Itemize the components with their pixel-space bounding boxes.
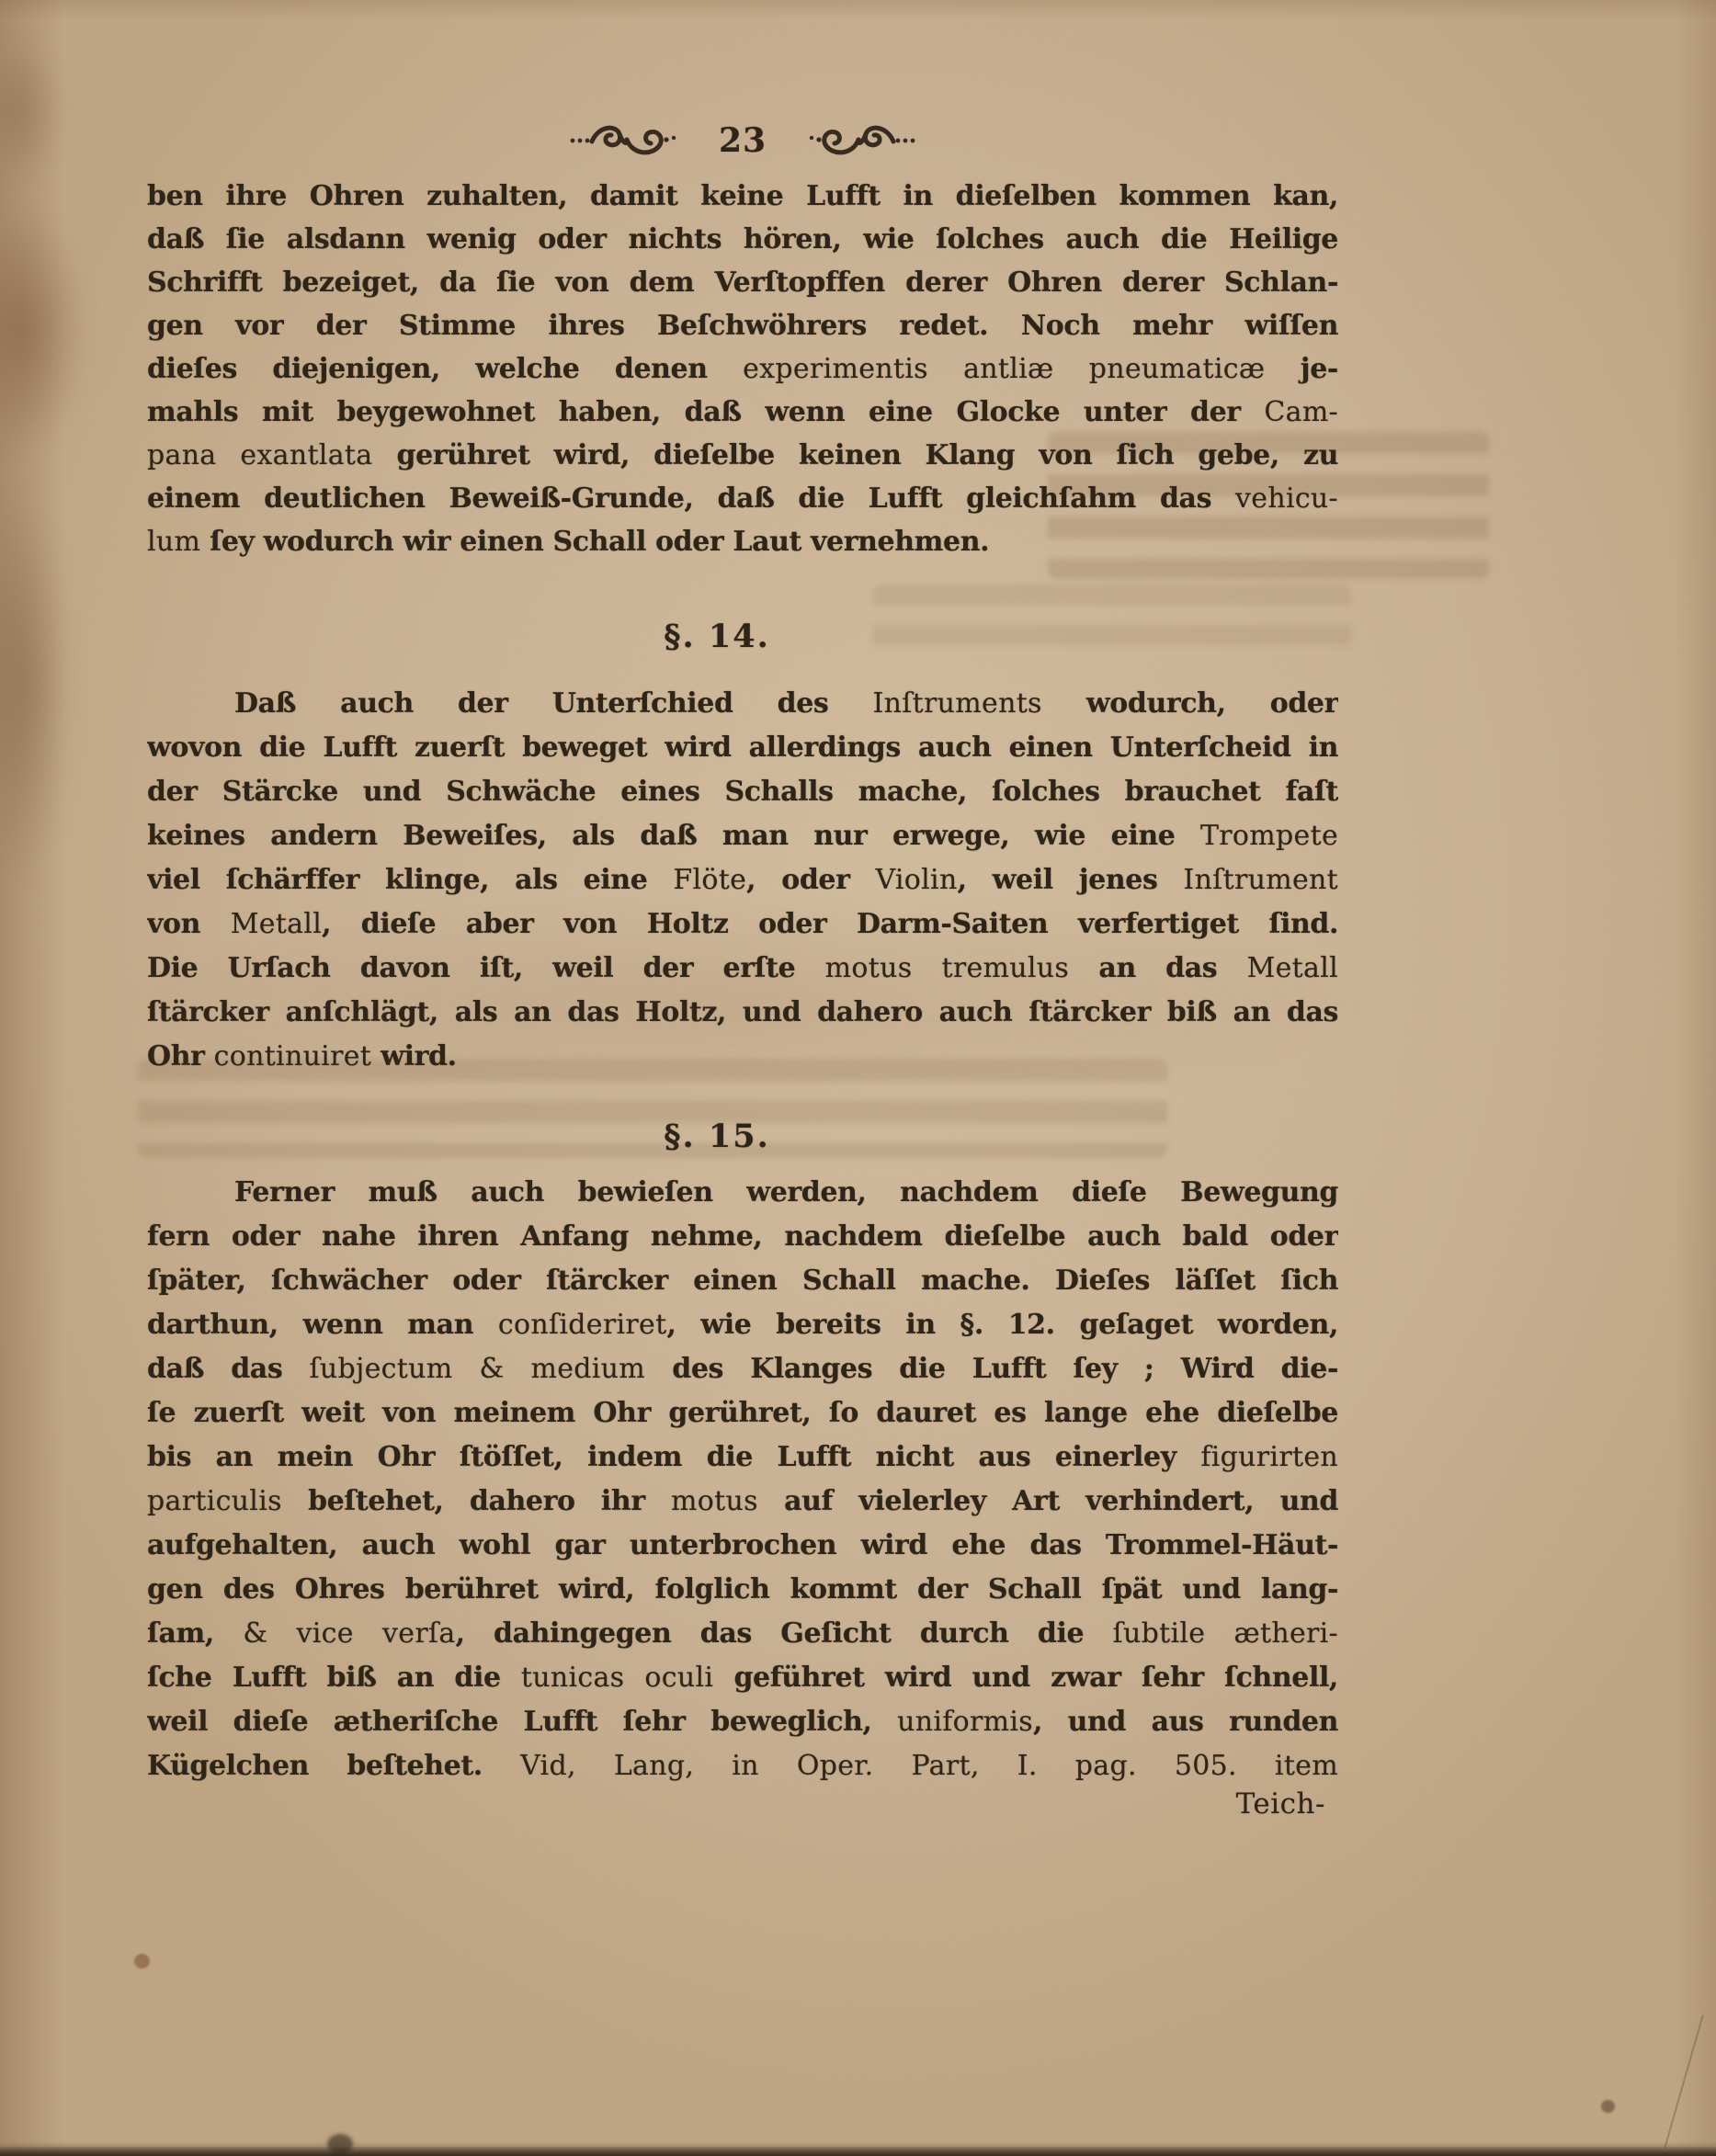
fraktur-text-segment: Ohr <box>147 1040 214 1072</box>
roman-text-segment: Flöte <box>673 864 746 896</box>
fraktur-text-segment: , dieſe aber von Holtz oder Darm-Saiten … <box>322 908 1338 940</box>
fraktur-text-segment: , weil jenes <box>958 864 1184 896</box>
fraktur-text-segment: Daß auch der Unterſchied des <box>234 687 872 720</box>
roman-text-segment: & vice verſa <box>243 1617 455 1650</box>
roman-text-segment: Inſtrument <box>1183 864 1338 896</box>
roman-text-segment: motus tremulus <box>825 952 1070 984</box>
section-heading-15: §. 15. <box>121 1118 1313 1155</box>
fraktur-text-segment: je- <box>1265 353 1338 385</box>
paper-stain <box>0 37 64 184</box>
fraktur-text-segment: ſche Lufft biß an die <box>147 1662 521 1694</box>
roman-text-segment: ſubtile ætheri- <box>1113 1617 1338 1650</box>
text-line: mahls mit beygewohnet haben, daß wenn ei… <box>147 391 1338 434</box>
text-line: ſche Lufft biß an die tunicas oculi gefü… <box>147 1656 1338 1700</box>
text-line: Daß auch der Unterſchied des Inſtruments… <box>147 682 1338 726</box>
fraktur-text-segment: ſam, <box>147 1617 243 1650</box>
fleuron-left-icon <box>568 119 680 162</box>
roman-text-segment: particulis <box>147 1485 282 1517</box>
fraktur-text-segment: des Klanges die Lufft ſey ; Wird die- <box>645 1353 1338 1385</box>
running-head: 23 <box>147 116 1338 165</box>
fraktur-text-segment: ſey wodurch wir einen Schall oder Laut v… <box>200 526 989 558</box>
paper-stain <box>0 207 87 455</box>
text-line: gen des Ohres berühret wird, folglich ko… <box>147 1568 1338 1612</box>
roman-text-segment: Metall <box>231 908 322 940</box>
text-line: pana exantlata gerühret wird, dieſelbe k… <box>147 434 1338 477</box>
text-line: ſam, & vice verſa, dahingegen das Geſich… <box>147 1612 1338 1656</box>
text-line: lum ſey wodurch wir einen Schall oder La… <box>147 520 1338 563</box>
roman-text-segment: experimentis antliæ pneumaticæ <box>743 353 1265 385</box>
text-line: keines andern Beweiſes, als daß man nur … <box>147 814 1338 858</box>
text-line: viel ſchärffer klinge, als eine Flöte, o… <box>147 858 1338 902</box>
text-line: Ferner muß auch bewieſen werden, nachdem… <box>147 1171 1338 1215</box>
roman-text-segment: continuiret <box>214 1040 372 1072</box>
roman-text-segment: uniformis <box>897 1706 1033 1738</box>
fraktur-text-segment: an das <box>1069 952 1246 984</box>
text-line: ben ihre Ohren zuhalten, damit keine Luf… <box>147 175 1338 218</box>
fraktur-text-segment: , oder <box>746 864 875 896</box>
fraktur-text-segment: wird. <box>371 1040 457 1072</box>
fraktur-text-segment: gerühret wird, dieſelbe keinen Klang von… <box>372 439 1338 471</box>
fraktur-text-segment: fern oder nahe ihren Anfang nehme, nachd… <box>147 1220 1338 1253</box>
roman-text-segment: tunicas oculi <box>521 1662 713 1694</box>
paper-spot <box>134 1954 150 1969</box>
roman-text-segment: motus <box>671 1485 758 1517</box>
text-line: weil dieſe ætheriſche Lufft ſehr bewegli… <box>147 1700 1338 1744</box>
fraktur-text-segment: dieſes diejenigen, welche denen <box>147 353 743 385</box>
paragraph-13-continuation: ben ihre Ohren zuhalten, damit keine Luf… <box>147 175 1338 563</box>
text-line: ſpäter, ſchwächer oder ſtärcker einen Sc… <box>147 1259 1338 1303</box>
text-line: Die Urſach davon iſt, weil der erſte mot… <box>147 947 1338 991</box>
fraktur-text-segment: von <box>147 908 231 940</box>
fraktur-text-segment: bis an mein Ohr ſtöſſet, indem die Lufft… <box>147 1441 1200 1473</box>
fraktur-text-segment: Schrifft bezeiget, da ſie von dem Verſto… <box>147 267 1338 299</box>
fraktur-text-segment: mahls mit beygewohnet haben, daß wenn ei… <box>147 396 1264 428</box>
fraktur-text-segment: keines andern Beweiſes, als daß man nur … <box>147 820 1200 852</box>
fraktur-text-segment: wovon die Lufft zuerſt beweget wird alle… <box>147 732 1338 764</box>
page-bottom-edge <box>0 2147 1716 2156</box>
roman-text-segment: Cam- <box>1264 396 1338 428</box>
paper-spot <box>1601 2100 1615 2113</box>
roman-text-segment: vehicu- <box>1235 482 1338 515</box>
roman-text-segment: conſideriret <box>498 1309 667 1341</box>
text-line: wovon die Lufft zuerſt beweget wird alle… <box>147 726 1338 770</box>
fraktur-text-segment: beſtehet, dahero ihr <box>282 1485 671 1517</box>
fraktur-text-segment: auf vielerley Art verhindert, und <box>758 1485 1338 1517</box>
page-number: 23 <box>719 121 767 160</box>
roman-text-segment: pana exantlata <box>147 439 372 471</box>
text-line: fern oder nahe ihren Anfang nehme, nachd… <box>147 1215 1338 1259</box>
catchword: Teich- <box>147 1781 1325 1827</box>
fraktur-text-segment: wodurch, oder <box>1042 687 1338 720</box>
roman-text-segment: ſubjectum & medium <box>310 1353 646 1385</box>
fraktur-text-segment: gen des Ohres berühret wird, folglich ko… <box>147 1573 1338 1606</box>
roman-text-segment: Trompete <box>1200 820 1338 852</box>
fraktur-text-segment: einem deutlichen Beweiß-Grunde, daß die … <box>147 482 1235 515</box>
roman-text-segment: Inſtruments <box>872 687 1041 720</box>
roman-text-segment: lum <box>147 526 200 558</box>
fraktur-text-segment: ſpäter, ſchwächer oder ſtärcker einen Sc… <box>147 1265 1338 1297</box>
text-line: ſtärcker anſchlägt, als an das Holtz, un… <box>147 991 1338 1035</box>
text-line: dieſes diejenigen, welche denen experime… <box>147 347 1338 391</box>
paper-stain <box>0 487 74 882</box>
text-line: Ohr continuiret wird. <box>147 1035 1338 1079</box>
text-line: von Metall, dieſe aber von Holtz oder Da… <box>147 902 1338 947</box>
fraktur-text-segment: weil dieſe ætheriſche Lufft ſehr bewegli… <box>147 1706 897 1738</box>
fraktur-text-segment: gen vor der Stimme ihres Beſchwöhrers re… <box>147 310 1338 342</box>
fleuron-right-icon <box>805 119 917 162</box>
fraktur-text-segment: , und aus runden <box>1033 1706 1338 1738</box>
fraktur-text-segment: ben ihre Ohren zuhalten, damit keine Luf… <box>147 180 1338 212</box>
fraktur-text-segment: ſe zuerſt weit von meinem Ohr gerühret, … <box>147 1397 1338 1429</box>
text-line: bis an mein Ohr ſtöſſet, indem die Lufft… <box>147 1435 1338 1480</box>
text-line: ſe zuerſt weit von meinem Ohr gerühret, … <box>147 1391 1338 1435</box>
text-line: daß ſie alsdann wenig oder nichts hören,… <box>147 218 1338 261</box>
roman-text-segment: figurirten <box>1200 1441 1338 1473</box>
text-line: einem deutlichen Beweiß-Grunde, daß die … <box>147 477 1338 520</box>
fraktur-text-segment: Kügelchen beſtehet. <box>147 1750 520 1782</box>
fraktur-text-segment: darthun, wenn man <box>147 1309 498 1341</box>
fraktur-text-segment: der Stärcke und Schwäche eines Schalls m… <box>147 776 1338 808</box>
roman-text-segment: Violin <box>875 864 957 896</box>
fraktur-text-segment: ſtärcker anſchlägt, als an das Holtz, un… <box>147 996 1338 1028</box>
section-heading-14: §. 14. <box>121 618 1313 655</box>
text-line: darthun, wenn man conſideriret, wie bere… <box>147 1303 1338 1347</box>
paper-fiber <box>1664 2015 1703 2149</box>
text-line: gen vor der Stimme ihres Beſchwöhrers re… <box>147 304 1338 347</box>
text-line: aufgehalten, auch wohl gar unterbrochen … <box>147 1524 1338 1568</box>
text-line: particulis beſtehet, dahero ihr motus au… <box>147 1480 1338 1524</box>
book-page-scan: 23 ben ihre Ohren zuhalten, damit keine … <box>0 0 1716 2156</box>
roman-text-segment: Vid, Lang, in Oper. Part, I. pag. 505. i… <box>520 1750 1338 1782</box>
fraktur-text-segment: , wie bereits in §. 12. geſaget worden, <box>666 1309 1338 1341</box>
paragraph-14: Daß auch der Unterſchied des Inſtruments… <box>147 682 1338 1079</box>
fraktur-text-segment: Ferner muß auch bewieſen werden, nachdem… <box>234 1176 1338 1208</box>
paragraph-15: Ferner muß auch bewieſen werden, nachdem… <box>147 1171 1338 1788</box>
fraktur-text-segment: daß ſie alsdann wenig oder nichts hören,… <box>147 223 1338 255</box>
roman-text-segment: Metall <box>1247 952 1338 984</box>
fraktur-text-segment: , dahingegen das Geſicht durch die <box>456 1617 1113 1650</box>
fraktur-text-segment: viel ſchärffer klinge, als eine <box>147 864 673 896</box>
text-line: daß das ſubjectum & medium des Klanges d… <box>147 1347 1338 1391</box>
text-line: der Stärcke und Schwäche eines Schalls m… <box>147 770 1338 814</box>
text-line: Schrifft bezeiget, da ſie von dem Verſto… <box>147 261 1338 304</box>
fraktur-text-segment: Die Urſach davon iſt, weil der erſte <box>147 952 825 984</box>
fraktur-text-segment: daß das <box>147 1353 310 1385</box>
fraktur-text-segment: geführet wird und zwar ſehr ſchnell, <box>713 1662 1338 1694</box>
fraktur-text-segment: aufgehalten, auch wohl gar unterbrochen … <box>147 1529 1338 1561</box>
